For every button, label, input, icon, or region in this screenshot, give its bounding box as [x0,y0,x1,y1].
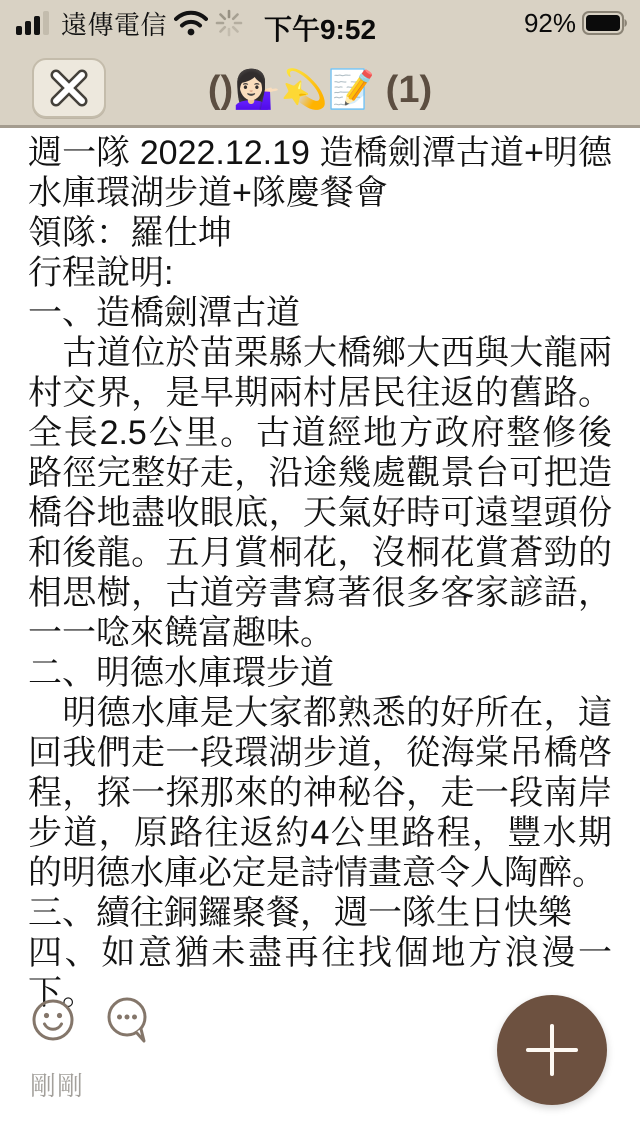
note-paragraph: 古道位於苗栗縣大橋鄉大西與大龍兩村交界，是早期兩村居民往返的舊路。全長2.5公里… [28,333,612,653]
header: 遠傳電信 [0,0,640,128]
battery-percent-label: 92% [524,8,576,39]
timestamp: 剛剛 [30,1066,84,1103]
add-button[interactable] [497,995,607,1105]
footer-actions [30,996,150,1046]
reaction-button[interactable] [30,996,76,1046]
note-paragraph: 領隊：羅仕坤 [28,213,612,253]
plus-icon [522,1020,582,1080]
status-bar: 遠傳電信 [0,6,640,40]
comment-button[interactable] [104,996,150,1046]
note-paragraph: 二、明德水庫環步道 [28,653,612,693]
battery-icon [582,11,628,35]
comment-bubble-icon [104,996,152,1046]
close-button[interactable] [32,58,106,118]
note-body: 週一隊 2022.12.19 造橋劍潭古道+明德水庫環湖步道+隊慶餐會領隊：羅仕… [28,133,612,1013]
note-paragraph: 週一隊 2022.12.19 造橋劍潭古道+明德水庫環湖步道+隊慶餐會 [28,133,612,213]
line-note-screen: 遠傳電信 [0,0,640,1136]
close-icon [46,67,92,109]
note-paragraph: 行程說明: [28,253,612,293]
note-paragraph: 明德水庫是大家都熟悉的好所在，這回我們走一段環湖步道，從海棠吊橋啓程，探一探那來… [28,693,612,893]
smiley-face-icon [30,997,76,1043]
status-right: 92% [524,6,628,40]
note-title: ()💁🏻‍♀️💫📝 (1) [120,62,520,118]
note-paragraph: 一、造橋劍潭古道 [28,293,612,333]
note-paragraph: 三、續往銅鑼聚餐，週一隊生日快樂 [28,893,612,933]
